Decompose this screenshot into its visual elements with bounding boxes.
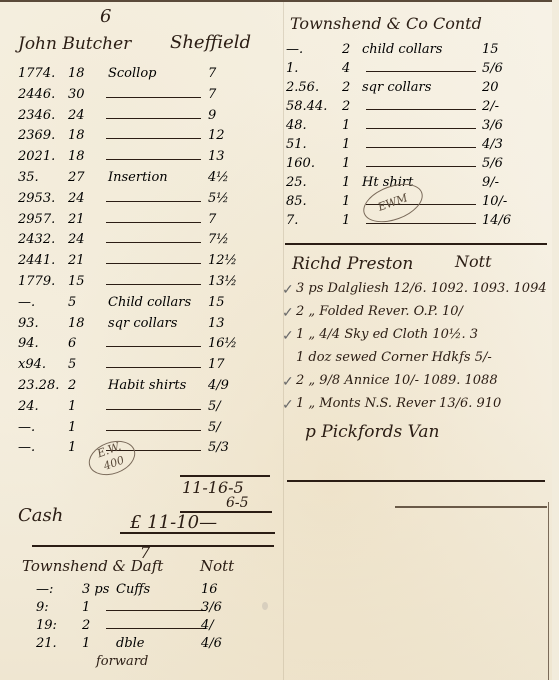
item-price: 16½ [208, 336, 237, 351]
item-price: 4/3 [482, 137, 503, 152]
item-number: 21. [36, 636, 57, 651]
ledger-row: 2021.1813 [18, 149, 278, 167]
item-description: Insertion [108, 170, 168, 185]
page-number: 6 [100, 8, 111, 26]
ledger-row: 2432.247½ [18, 232, 278, 250]
item-number: 2021. [18, 149, 55, 164]
item-quantity: 1 [342, 118, 350, 133]
checkmark-icon: ✓ [282, 282, 294, 298]
section-divider [285, 243, 547, 245]
item-description: sqr collars [362, 80, 431, 95]
item-quantity: 2 [82, 618, 90, 633]
item-number: 58.44. [286, 99, 327, 114]
checkmark-icon: ✓ [282, 374, 294, 390]
ditto-line [106, 610, 206, 611]
item-number: 1774. [18, 66, 55, 81]
item-price: 15 [482, 42, 499, 57]
item-number: x94. [18, 357, 46, 372]
subtotal: 11-16-5 [182, 480, 244, 496]
item-price: 5½ [208, 191, 229, 206]
ledger-page: 6 John Butcher Sheffield 1774.18Scollop7… [0, 0, 552, 680]
ledger-row: 2.56.2sqr collars20 [286, 80, 546, 98]
item-description: Scollop [108, 66, 156, 81]
ditto-line [366, 71, 476, 72]
ledger-row: 1779.1513½ [18, 274, 278, 292]
item-quantity: 27 [68, 170, 85, 185]
item-price: 9/- [482, 175, 499, 190]
forward-note: forward [96, 655, 148, 668]
ledger-row: —.15/ [18, 420, 278, 438]
item-price: 10/- [482, 194, 507, 209]
section-header-name: Townshend & Daft [22, 559, 163, 574]
checkmark-icon: ✓ [282, 397, 294, 413]
order-line: 1 doz sewed Corner Hdkfs 5/- [296, 351, 492, 364]
ledger-row: 94.616½ [18, 336, 278, 354]
ledger-row: 160.15/6 [286, 156, 546, 174]
item-price: 3/6 [201, 600, 222, 615]
ledger-row: x94.517 [18, 357, 278, 375]
item-price: 5/ [208, 420, 221, 435]
ledger-row: 35.27Insertion4½ [18, 170, 278, 188]
checkmark-icon: ✓ [282, 328, 294, 344]
item-price: 7 [208, 212, 216, 227]
item-quantity: 4 [342, 61, 350, 76]
item-price: 13 [208, 316, 225, 331]
item-price: 13½ [208, 274, 237, 289]
subtotal-rule [180, 475, 270, 477]
item-price: 15 [208, 295, 225, 310]
ledger-row: 7.114/6 [286, 213, 546, 231]
ditto-line [106, 284, 201, 285]
item-description: Child collars [108, 295, 191, 310]
item-price: 12 [208, 128, 225, 143]
ledger-row: 2446.307 [18, 87, 278, 105]
item-price: 7½ [208, 232, 229, 247]
ditto-line [106, 263, 201, 264]
ledger-row: 2953.245½ [18, 191, 278, 209]
ditto-line [366, 109, 476, 110]
section-header-place: Sheffield [170, 34, 251, 52]
ditto-line [366, 128, 476, 129]
ledger-row: 1.45/6 [286, 61, 546, 79]
item-description: sqr collars [108, 316, 177, 331]
order-line: 2 „ 9/8 Annice 10/- 1089. 1088 [296, 374, 498, 387]
item-price: 13 [208, 149, 225, 164]
order-line: 1 „ 4/4 Sky ed Cloth 10½. 3 [296, 328, 478, 341]
item-number: 35. [18, 170, 39, 185]
item-number: 94. [18, 336, 39, 351]
order-line: 1 „ Monts N.S. Rever 13/6. 910 [296, 397, 501, 410]
item-quantity: 21 [68, 212, 85, 227]
ledger-row: —.15/3 [18, 440, 278, 458]
item-quantity: 1 [342, 156, 350, 171]
ditto-line [106, 628, 206, 629]
ledger-row: —.5Child collars15 [18, 295, 278, 313]
item-quantity: 18 [68, 66, 85, 81]
item-quantity: 1 [82, 636, 90, 651]
ledger-row: 19:24/ [36, 618, 276, 636]
item-number: 2432. [18, 232, 55, 247]
item-description: dble [116, 636, 145, 651]
item-quantity: 1 [82, 600, 90, 615]
item-number: 19: [36, 618, 57, 633]
item-price: 20 [482, 80, 499, 95]
deduction: 6-5 [226, 496, 249, 510]
ditto-line [106, 367, 201, 368]
item-quantity: 1 [342, 175, 350, 190]
item-number: 2.56. [286, 80, 319, 95]
total-underline [120, 532, 275, 534]
item-quantity: 24 [68, 191, 85, 206]
ditto-line [106, 346, 201, 347]
item-quantity: 2 [68, 378, 76, 393]
section-divider [32, 545, 274, 547]
ditto-line [106, 222, 201, 223]
ledger-row: 2369.1812 [18, 128, 278, 146]
item-price: 5/ [208, 399, 221, 414]
item-number: 2441. [18, 253, 55, 268]
item-number: 23.28. [18, 378, 59, 393]
item-number: 24. [18, 399, 39, 414]
item-price: 9 [208, 108, 216, 123]
section-header-name: Richd Preston [292, 256, 413, 273]
item-number: —. [286, 42, 303, 57]
faint-rule [395, 506, 547, 508]
cash-label: Cash [18, 507, 63, 525]
item-number: 2346. [18, 108, 55, 123]
item-quantity: 1 [68, 399, 76, 414]
item-price: 5/6 [482, 156, 503, 171]
ditto-line [366, 223, 476, 224]
item-number: 1779. [18, 274, 55, 289]
item-quantity: 1 [342, 213, 350, 228]
item-number: 85. [286, 194, 307, 209]
carrier-note: p Pickfords Van [305, 424, 439, 441]
ledger-row: 24.15/ [18, 399, 278, 417]
item-price: 5/3 [208, 440, 229, 455]
item-price: 7 [208, 87, 216, 102]
ditto-line [106, 201, 201, 202]
item-number: 2369. [18, 128, 55, 143]
item-quantity: 18 [68, 128, 85, 143]
item-number: —: [36, 582, 53, 597]
ditto-line [106, 118, 201, 119]
ditto-line [106, 409, 201, 410]
order-line: 2 „ Folded Rever. O.P. 10/ [296, 305, 463, 318]
ledger-row: 21.1dble4/6 [36, 636, 276, 654]
item-price: 4/ [201, 618, 214, 633]
section-header: Townshend & Co Contd [290, 16, 482, 32]
item-price: 17 [208, 357, 225, 372]
item-number: 2446. [18, 87, 55, 102]
item-number: 1. [286, 61, 298, 76]
item-quantity: 5 [68, 357, 76, 372]
ledger-row: 93.18sqr collars13 [18, 316, 278, 334]
ditto-line [106, 242, 201, 243]
item-quantity: 18 [68, 149, 85, 164]
order-line: 3 ps Dalgliesh 12/6. 1092. 1093. 1094 [296, 282, 547, 295]
cash-total: £ 11-10— [130, 514, 217, 532]
ditto-line [106, 138, 201, 139]
page-edge [548, 502, 549, 680]
item-price: 14/6 [482, 213, 511, 228]
ditto-line [106, 430, 201, 431]
item-quantity: 1 [68, 440, 76, 455]
item-quantity: 1 [342, 137, 350, 152]
section-header-place: Nott [455, 254, 492, 270]
checkmark-icon: ✓ [282, 305, 294, 321]
item-price: 2/- [482, 99, 499, 114]
item-description: Habit shirts [108, 378, 186, 393]
item-price: 4½ [208, 170, 229, 185]
item-number: 25. [286, 175, 307, 190]
item-quantity: 3 ps [82, 582, 109, 597]
section-divider [287, 480, 545, 482]
item-quantity: 24 [68, 108, 85, 123]
item-number: 160. [286, 156, 315, 171]
item-number: 7. [286, 213, 298, 228]
ledger-row: —:3 psCuffs16 [36, 582, 276, 600]
item-number: 2953. [18, 191, 55, 206]
item-quantity: 2 [342, 80, 350, 95]
ledger-row: 48.13/6 [286, 118, 546, 136]
item-number: 2957. [18, 212, 55, 227]
item-number: —. [18, 295, 35, 310]
item-quantity: 2 [342, 99, 350, 114]
item-price: 4/9 [208, 378, 229, 393]
ledger-row: —.2child collars15 [286, 42, 546, 60]
item-price: 7 [208, 66, 216, 81]
item-quantity: 18 [68, 316, 85, 331]
ledger-row: 23.28.2Habit shirts4/9 [18, 378, 278, 396]
section-header-name: John Butcher [18, 36, 131, 53]
item-price: 3/6 [482, 118, 503, 133]
item-number: —. [18, 440, 35, 455]
item-quantity: 24 [68, 232, 85, 247]
item-price: 12½ [208, 253, 237, 268]
section-header-place: Nott [200, 559, 234, 574]
item-quantity: 6 [68, 336, 76, 351]
item-description: child collars [362, 42, 442, 57]
item-number: 93. [18, 316, 39, 331]
ledger-row: 2441.2112½ [18, 253, 278, 271]
ledger-row: 58.44.22/- [286, 99, 546, 117]
ledger-row: 1774.18Scollop7 [18, 66, 278, 84]
ditto-line [366, 166, 476, 167]
item-quantity: 1 [342, 194, 350, 209]
item-quantity: 15 [68, 274, 85, 289]
item-number: —. [18, 420, 35, 435]
ditto-line [106, 97, 201, 98]
item-description: Cuffs [116, 582, 150, 597]
item-quantity: 1 [68, 420, 76, 435]
item-quantity: 30 [68, 87, 85, 102]
item-price: 5/6 [482, 61, 503, 76]
ledger-row: 9:13/6 [36, 600, 276, 618]
ledger-row: 2346.249 [18, 108, 278, 126]
ledger-row: 2957.217 [18, 212, 278, 230]
ledger-row: 51.14/3 [286, 137, 546, 155]
item-price: 4/6 [201, 636, 222, 651]
item-quantity: 21 [68, 253, 85, 268]
ditto-line [106, 159, 201, 160]
item-number: 51. [286, 137, 307, 152]
item-price: 16 [201, 582, 218, 597]
item-number: 9: [36, 600, 49, 615]
ditto-line [366, 147, 476, 148]
item-number: 48. [286, 118, 307, 133]
item-quantity: 2 [342, 42, 350, 57]
item-quantity: 5 [68, 295, 76, 310]
